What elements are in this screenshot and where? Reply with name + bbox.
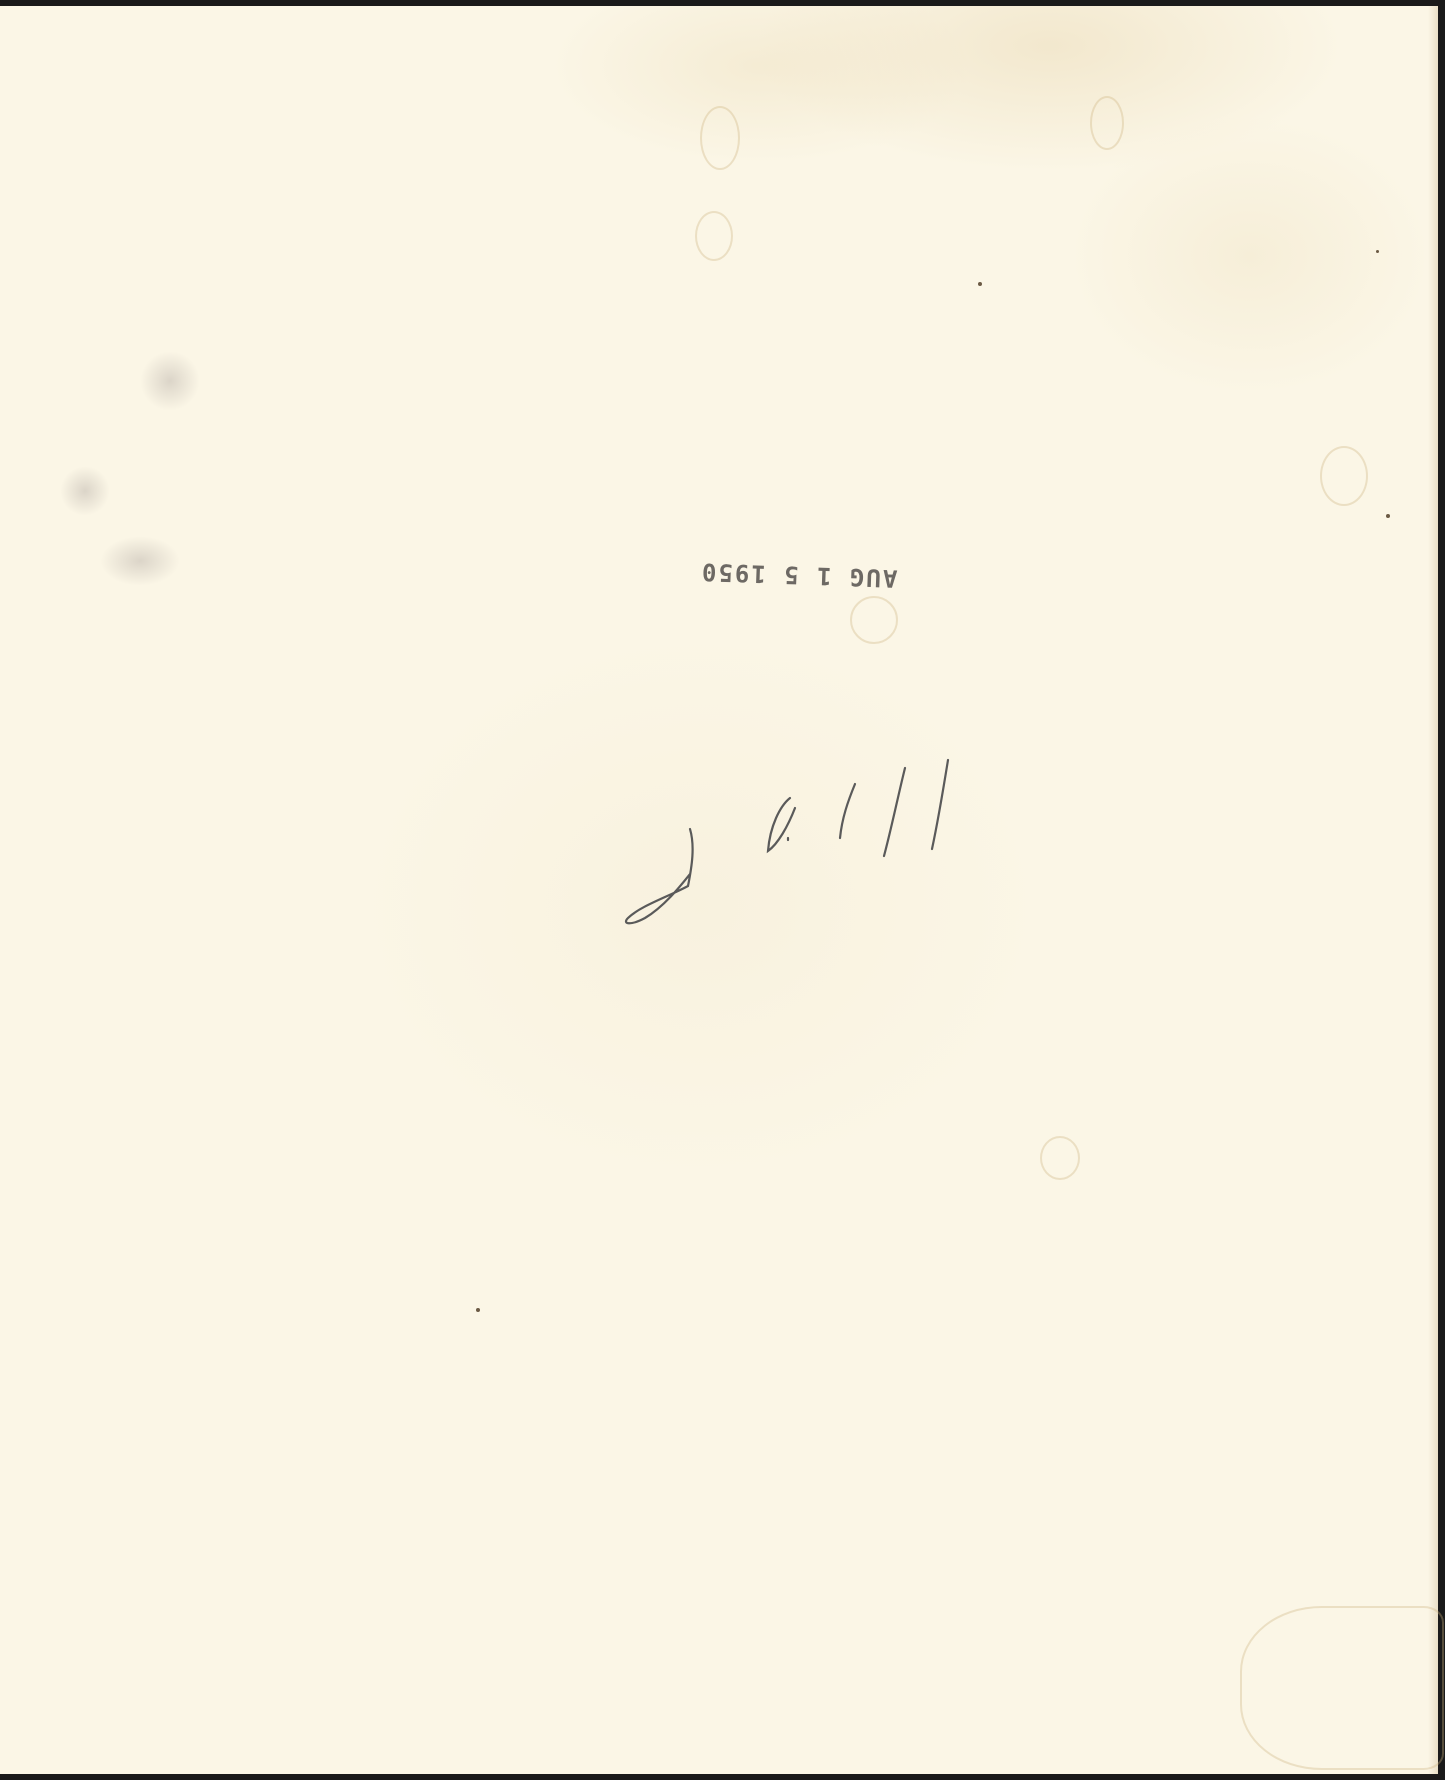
smudge xyxy=(60,466,110,516)
dust-speck xyxy=(476,1308,480,1312)
water-stain xyxy=(1090,96,1124,150)
water-stain xyxy=(850,596,898,644)
water-stain xyxy=(695,211,733,261)
smudge xyxy=(140,351,200,411)
water-stain xyxy=(700,106,740,170)
dust-speck xyxy=(978,282,982,286)
right-edge-shading xyxy=(1428,6,1438,1774)
dust-speck xyxy=(1376,250,1379,253)
smudge xyxy=(100,536,180,586)
water-stain xyxy=(1320,446,1368,506)
handwritten-note: 1/10 P xyxy=(600,756,980,936)
water-stain xyxy=(1240,1606,1444,1770)
dust-speck xyxy=(1386,514,1390,518)
date-stamp: AUG 1 5 1950 xyxy=(700,558,898,593)
photo-back-paper: AUG 1 5 1950 1/10 P xyxy=(0,6,1438,1774)
water-stain xyxy=(1040,1136,1080,1180)
